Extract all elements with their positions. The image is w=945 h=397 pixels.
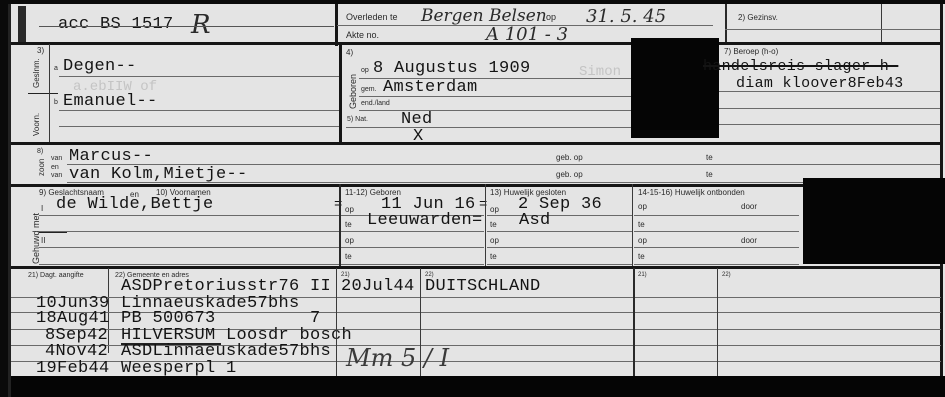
surname-line	[59, 76, 341, 77]
dissolved-label: 14-15-16) Huwelijk ontbonden	[638, 188, 745, 197]
address-col-divider-5	[717, 268, 718, 378]
father-line	[67, 164, 940, 165]
birth-municipality: Amsterdam	[383, 78, 478, 97]
married-op-2-line	[487, 247, 632, 248]
spouse-line-2	[39, 231, 339, 232]
dissolved-te-2-line	[634, 264, 799, 265]
given-marker: b	[54, 99, 58, 106]
header-bottom-border	[11, 42, 941, 45]
birth-date: 8 Augustus 1909	[373, 59, 531, 78]
married-op-1: op	[490, 205, 499, 214]
parents-en-label: en	[51, 164, 59, 171]
marriage-side-label: Gehuwd met	[31, 213, 41, 264]
married-op-1-line	[487, 215, 632, 216]
dissolved-te-1: te	[638, 220, 645, 229]
address-col3-date-label: 21)	[638, 272, 647, 278]
accession-mark: R	[191, 10, 211, 40]
spouse-born-op-1: op	[345, 205, 354, 214]
birth-date-label: op	[361, 67, 369, 74]
birth-municipality-line	[359, 96, 631, 97]
row-II-label: II	[41, 236, 45, 245]
address-col2-row-1-date: 20Jul44	[341, 277, 415, 296]
mother-born-label: geb. op	[556, 170, 583, 179]
side-label-divider	[28, 93, 58, 94]
address-col2-row-1-address: DUITSCHLAND	[425, 277, 541, 296]
married-place: Asd	[519, 211, 551, 230]
spouse-1-born-place: Leeuwarden=	[367, 211, 483, 230]
address-date-col-label: 21) Dagt. aangifte	[28, 272, 84, 279]
surname-side-label: Geslnm.	[32, 58, 41, 88]
handwritten-note: Mm 5 / I	[346, 344, 449, 372]
family-mid-line	[725, 29, 940, 30]
dissolved-door-1: door	[741, 202, 757, 211]
occupation-line-1: handelsreis-slager-h-	[703, 58, 898, 75]
redacted-bottom-band	[11, 376, 945, 397]
dissolved-door-2: door	[741, 236, 757, 245]
person-registration-card: acc BS 1517 R Overleden te Bergen Belsen…	[8, 4, 945, 397]
row-I-label: I	[41, 204, 43, 213]
occupation-line-2: diam kloover8Feb43	[736, 75, 903, 92]
married-dissolved-divider	[632, 184, 633, 268]
born-op-2-line	[341, 247, 484, 248]
dissolved-op-2: op	[638, 236, 647, 245]
side-label-column	[49, 44, 50, 144]
spouse-born-te-1: te	[345, 220, 352, 229]
spouse-1-line	[39, 215, 339, 216]
spouse-2-line	[39, 247, 339, 248]
name-section-number: 3)	[37, 46, 44, 55]
surname-value: Degen--	[63, 57, 137, 76]
birth-country-label: end./land	[361, 100, 390, 107]
married-te-2: te	[490, 252, 497, 261]
nationality-line	[346, 127, 631, 128]
surname-marker: a	[54, 65, 58, 72]
spouse-1-name: de Wilde,Bettje	[56, 195, 214, 214]
deceased-date-label: op	[546, 12, 556, 22]
family-divider	[725, 4, 727, 44]
spouse-line-4	[39, 264, 339, 265]
mother-van-label: van	[51, 172, 62, 179]
deceased-place: Bergen Belsen	[421, 6, 547, 26]
dissolved-op-1-line	[634, 215, 799, 216]
occupation-label: 7) Beroep (h-o)	[724, 47, 778, 56]
dissolved-op-2-line	[634, 247, 799, 248]
dissolved-op-1: op	[638, 202, 647, 211]
names-bottom-border	[11, 142, 941, 145]
parents-side-label: zoon	[37, 159, 46, 176]
given-line-1	[59, 110, 341, 111]
bleedthrough-text-2: Simon	[579, 64, 621, 80]
address-col3-address-label: 22)	[722, 272, 731, 278]
dissolved-te-2: te	[638, 252, 645, 261]
married-op-2: op	[490, 236, 499, 245]
address-col-divider-4	[633, 268, 635, 378]
parents-section-number: 8)	[37, 148, 43, 155]
given-side-label: Voorn.	[32, 113, 41, 136]
name-birth-divider	[339, 44, 342, 144]
father-van-label: van	[51, 155, 62, 162]
occupation-line-c	[719, 124, 940, 125]
accession-number: acc BS 1517	[58, 15, 174, 34]
occupation-line-a	[719, 91, 940, 92]
deed-label: Akte no.	[346, 30, 379, 40]
family-status-label: 2) Gezinsv.	[738, 13, 778, 22]
deceased-place-label: Overleden te	[346, 12, 398, 22]
given-names-value: Emanuel--	[63, 92, 158, 111]
father-born-at-label: te	[706, 153, 713, 162]
header-left-bar	[18, 6, 26, 42]
address-col-divider-2	[336, 268, 337, 378]
marriage-born-divider	[339, 184, 341, 268]
married-te-2-line	[487, 264, 632, 265]
dissolved-te-1-line	[634, 231, 799, 232]
birth-side-label: Geboren	[348, 74, 358, 109]
deceased-date: 31. 5. 45	[586, 6, 666, 27]
birth-country-line	[359, 110, 631, 111]
parents-bottom-border	[11, 184, 941, 187]
born-married-divider	[485, 184, 486, 268]
birth-section-number: 4)	[346, 48, 353, 57]
married-te-1: te	[490, 220, 497, 229]
given-line-2	[59, 126, 341, 127]
ditto-mark-2: =	[479, 197, 488, 213]
born-te-1-line	[341, 231, 484, 232]
born-te-2-line	[341, 264, 484, 265]
redacted-block-photo	[631, 38, 719, 138]
redacted-block-right	[803, 178, 945, 264]
birth-municipality-label: gem.	[361, 86, 377, 93]
married-te-1-line	[487, 231, 632, 232]
occupation-line-b	[719, 108, 940, 109]
header-line	[39, 26, 334, 27]
nationality-label: 5) Nat.	[347, 116, 368, 123]
spouse-born-op-2: op	[345, 236, 354, 245]
family-sub-divider	[881, 4, 882, 44]
spouse-born-te-2: te	[345, 252, 352, 261]
marriage-bottom-border	[11, 266, 941, 269]
father-born-label: geb. op	[556, 153, 583, 162]
mother-born-at-label: te	[706, 170, 713, 179]
